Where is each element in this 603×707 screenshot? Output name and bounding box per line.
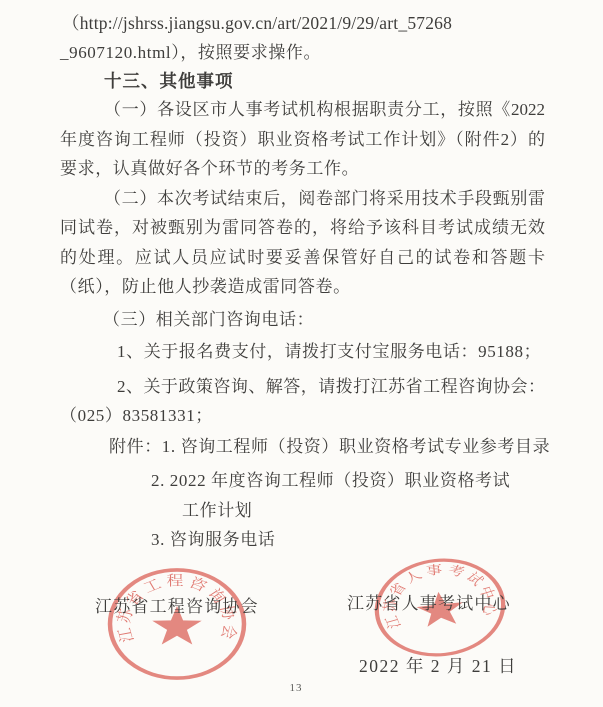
text-line: （纸），防止他人抄袭造成雷同答卷。: [60, 277, 351, 297]
text-line: 1、关于报名费支付，请拨打支付宝服务电话：95188；: [117, 342, 541, 362]
text-line: 2、关于政策咨询、解答，请拨打江苏省工程咨询协会：: [117, 377, 545, 397]
text-line-url: （http://jshrss.jiangsu.gov.cn/art/2021/9…: [62, 13, 452, 34]
document-page: （http://jshrss.jiangsu.gov.cn/art/2021/9…: [0, 0, 603, 707]
signature-date: 2022 年 2 月 21 日: [359, 653, 517, 678]
text-line: （一）各设区市人事考试机构根据职责分工，按照《2022: [104, 100, 545, 120]
seal-graphic: 江苏省工程咨询协会: [105, 565, 249, 683]
attachment-list-line: 2. 2022 年度咨询工程师（投资）职业资格考试: [151, 471, 510, 491]
attachment-list-line: 工作计划: [182, 501, 252, 521]
text-line: （025）83581331；: [60, 406, 213, 426]
text-line: （二）本次考试结束后，阅卷部门将采用技术手段甄别雷: [104, 189, 545, 209]
page-number: 13: [0, 682, 592, 694]
attachment-list-line: 附件：1. 咨询工程师（投资）职业资格考试专业参考目录: [109, 437, 550, 457]
text-line: （三）相关部门咨询电话：: [103, 310, 314, 330]
text-line: 要求，认真做好各个环节的考务工作。: [60, 159, 359, 179]
text-line: 同试卷，对被甄别为雷同答卷的，将给予该科目考试成绩无效: [60, 218, 545, 238]
section-heading: 十三、其他事项: [104, 71, 234, 92]
signature-org-left: 江苏省工程咨询协会: [95, 592, 259, 617]
text-line: _9607120.html），按照要求操作。: [60, 43, 321, 63]
text-line: 的处理。应试人员应试时要妥善保管好自己的试卷和答题卡: [60, 248, 545, 268]
text-line: 年度咨询工程师（投资）职业资格考试工作计划》（附件2）的: [60, 130, 545, 150]
official-seal-left: 江苏省工程咨询协会: [105, 565, 249, 683]
attachment-list-line: 3. 咨询服务电话: [151, 530, 275, 550]
signature-org-right: 江苏省人事考试中心: [347, 589, 511, 614]
